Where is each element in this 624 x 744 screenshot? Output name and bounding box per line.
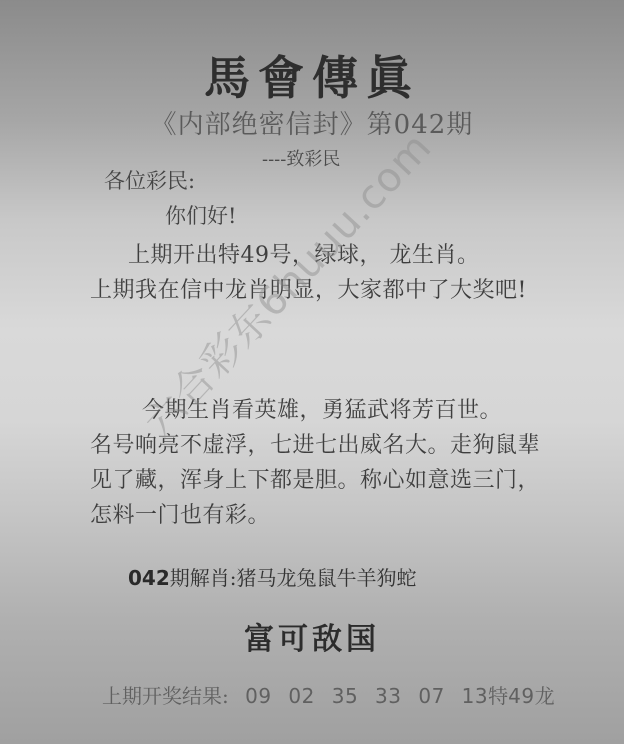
hello-text: 你们好! bbox=[165, 200, 236, 230]
result-number: 35 bbox=[332, 684, 358, 708]
paragraph-last-issue-rest: 上期我在信中龙肖明显，大家都中了大奖吧! bbox=[90, 278, 527, 303]
addressee-line: ----致彩民 bbox=[262, 145, 340, 171]
result-number: 13 bbox=[462, 684, 488, 708]
special-number: 49 bbox=[508, 684, 534, 708]
paragraph-poem-line1: 今期生肖看英雄，勇猛武将芳百世。 bbox=[142, 398, 502, 423]
paragraph-last-issue-line1: 上期开出特49号，绿球， 龙生肖。 bbox=[128, 243, 480, 268]
result-number: 07 bbox=[418, 684, 444, 708]
result-number: 02 bbox=[288, 684, 314, 708]
result-number: 09 bbox=[245, 684, 271, 708]
special-label: 特 bbox=[488, 684, 508, 708]
salutation: 各位彩民: bbox=[104, 165, 195, 195]
decode-zodiacs: 猪马龙兔鼠牛羊狗蛇 bbox=[237, 566, 417, 590]
paragraph-poem: 今期生肖看英雄，勇猛武将芳百世。 名号响亮不虚浮，七进七出威名大。走狗鼠辈见了藏… bbox=[90, 393, 550, 533]
paragraph-poem-rest: 名号响亮不虚浮，七进七出威名大。走狗鼠辈见了藏，浑身上下都是胆。称心如意选三门，… bbox=[90, 433, 540, 528]
decode-label: 期解肖: bbox=[170, 566, 237, 590]
special-zodiac: 龙 bbox=[535, 684, 555, 708]
last-draw-result: 上期开奖结果: 09 02 35 33 07 13特49龙 bbox=[102, 680, 555, 709]
zodiac-decode: 042期解肖:猪马龙兔鼠牛羊狗蛇 bbox=[128, 562, 417, 591]
decode-issue-number: 042 bbox=[128, 566, 170, 590]
result-label: 上期开奖结果: bbox=[102, 684, 229, 708]
letter-page: 馬會傳眞 《内部绝密信封》第042期 ----致彩民 各位彩民: 你们好! 上期… bbox=[0, 0, 624, 744]
paragraph-last-issue: 上期开出特49号，绿球， 龙生肖。 上期我在信中龙肖明显，大家都中了大奖吧! bbox=[90, 238, 550, 308]
page-title: 馬會傳眞 bbox=[0, 42, 624, 108]
motto: 富可敌国 bbox=[0, 614, 624, 658]
issue-subtitle: 《内部绝密信封》第042期 bbox=[0, 104, 624, 141]
result-number: 33 bbox=[375, 684, 401, 708]
